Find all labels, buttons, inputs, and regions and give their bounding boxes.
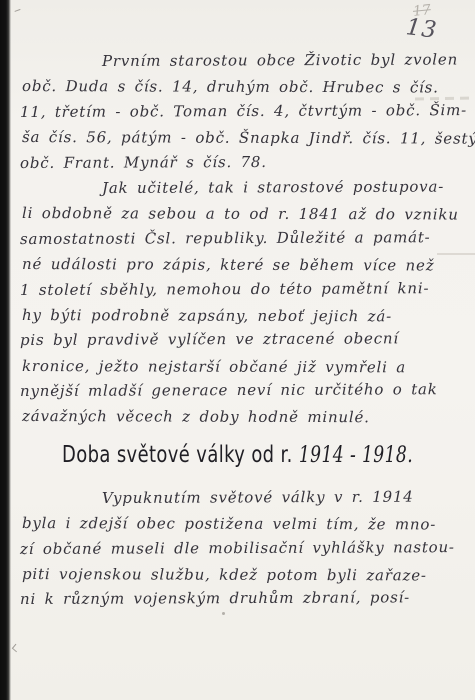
handwritten-line: byla i zdejší obec postižena velmi tím, … <box>22 514 457 541</box>
handwritten-line: 1 století sběhly, nemohou do této pamětn… <box>20 279 457 306</box>
handwritten-line: zí občané museli dle mobilisační vyhlášk… <box>20 538 457 565</box>
handwritten-line: obč. Duda s čís. 14, druhým obč. Hrubec … <box>22 77 457 104</box>
book-binding-edge <box>0 0 11 700</box>
section-heading-years: 1914 - 1918. <box>299 443 413 468</box>
paragraph-war-outbreak: Vypuknutím světové války v r. 1914 byla … <box>20 489 457 616</box>
handwritten-line: pis byl pravdivě vylíčen ve ztracené obe… <box>20 329 457 356</box>
paragraph-mayors: Prvním starostou obce Životic byl zvolen… <box>20 52 457 179</box>
scan-artifact-speck <box>13 6 20 12</box>
handwritten-line: Jak učitelé, tak i starostové postupova- <box>102 177 457 204</box>
handwritten-line: né události pro zápis, které se během ví… <box>22 255 457 282</box>
paragraph-chronicle-note: Jak učitelé, tak i starostové postupova-… <box>20 179 457 433</box>
handwritten-line: Prvním starostou obce Životic byl zvolen <box>102 50 457 77</box>
handwritten-line: Vypuknutím světové války v r. 1914 <box>102 487 457 514</box>
handwritten-line: ša čís. 56, pátým - obč. Šnapka Jindř. č… <box>22 128 457 155</box>
handwritten-line: obč. Frant. Mynář s čís. 78. <box>20 152 457 179</box>
handwritten-line: li obdobně za sebou a to od r. 1841 až d… <box>22 204 457 231</box>
handwritten-content: Prvním starostou obce Životic byl zvolen… <box>20 52 457 616</box>
scan-artifact-speck <box>12 644 20 652</box>
section-heading-text: Doba světové války od r. <box>62 442 293 468</box>
scanned-chronicle-page: 17 13 Prvním starostou obce Životic byl … <box>0 0 475 700</box>
handwritten-line: závažných věcech z doby hodně minulé. <box>22 407 457 434</box>
page-number: 13 <box>404 14 438 44</box>
handwritten-line: 11, třetím - obč. Toman čís. 4, čtvrtým … <box>20 101 457 128</box>
handwritten-line: ni k různým vojenským druhům zbraní, pos… <box>20 589 457 616</box>
handwritten-line: samostatnosti Čsl. republiky. Důležité a… <box>20 228 457 255</box>
handwritten-line: nynější mladší generace neví nic určitéh… <box>20 380 457 407</box>
section-heading: Doba světové války od r. 1914 - 1918. <box>62 442 370 468</box>
